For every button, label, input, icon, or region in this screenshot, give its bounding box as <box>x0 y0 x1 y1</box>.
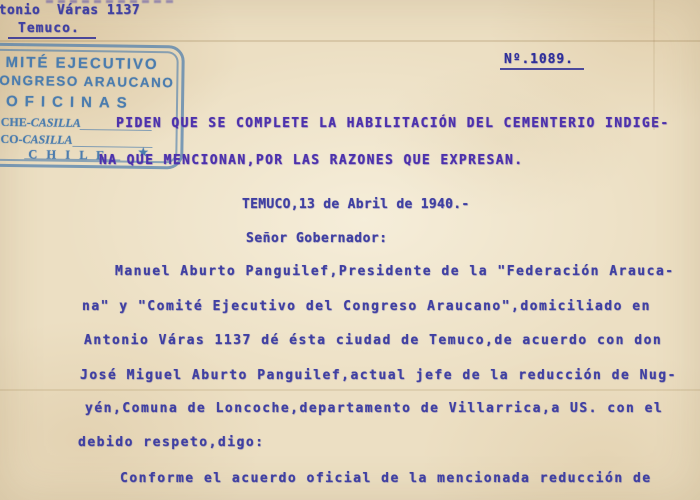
subject-line-1: PIDEN QUE SE COMPLETE LA HABILITACIÓN DE… <box>116 116 670 131</box>
stamp-line-temuco-casilla: CO-CASILLA <box>0 132 72 148</box>
doc-number: Nº.1089. <box>500 52 584 70</box>
body-line: Manuel Aburto Panguilef,Presidente de la… <box>115 264 675 279</box>
stamp-line-oficinas: OFICINAS <box>6 93 134 112</box>
body-line: debido respeto,digo: <box>78 435 265 450</box>
stamp-casilla1-prefix: CHE- <box>1 115 31 129</box>
document-sheet: Antonio Váras 1137 Temuco. Nº.1089. MITÉ… <box>0 0 700 500</box>
stamp-line-chile: C H I L E <box>28 147 107 163</box>
body-line: José Miguel Aburto Panguilef,actual jefe… <box>80 368 677 383</box>
body-line: na" y "Comité Ejecutivo del Congreso Ara… <box>82 299 651 314</box>
stamp-casilla1-name: CASILLA <box>31 115 81 130</box>
salutation: Señor Gobernador: <box>246 231 388 246</box>
body-line: Conforme el acuerdo oficial de la mencio… <box>120 471 652 486</box>
letterhead-address: Antonio Váras 1137 <box>0 3 140 18</box>
paper-crease <box>653 0 655 130</box>
body-line: yén,Comuna de Loncoche,departamento de V… <box>85 401 663 416</box>
subject-line-2: NA QUE MENCIONAN,POR LAS RAZONES QUE EXP… <box>99 153 523 168</box>
stamp-line-congreso-araucano: ONGRESO ARAUCANO <box>0 73 174 90</box>
paper-crease <box>0 389 700 391</box>
stamp-line-comite-ejecutivo: MITÉ EJECUTIVO <box>5 54 158 73</box>
letterhead-city: Temuco. <box>8 21 96 39</box>
dateline: TEMUCO,13 de Abril de 1940.- <box>242 197 470 212</box>
stamp-line-loncoche-casilla: CHE-CASILLA <box>1 115 81 131</box>
stamp-casilla2-name: CASILLA <box>22 132 72 147</box>
stamp-casilla2-prefix: CO- <box>0 132 22 146</box>
body-line: Antonio Váras 1137 dé ésta ciudad de Tem… <box>84 333 662 348</box>
rubber-stamp: MITÉ EJECUTIVO ONGRESO ARAUCANO OFICINAS… <box>0 43 185 170</box>
paper-crease <box>0 40 700 42</box>
